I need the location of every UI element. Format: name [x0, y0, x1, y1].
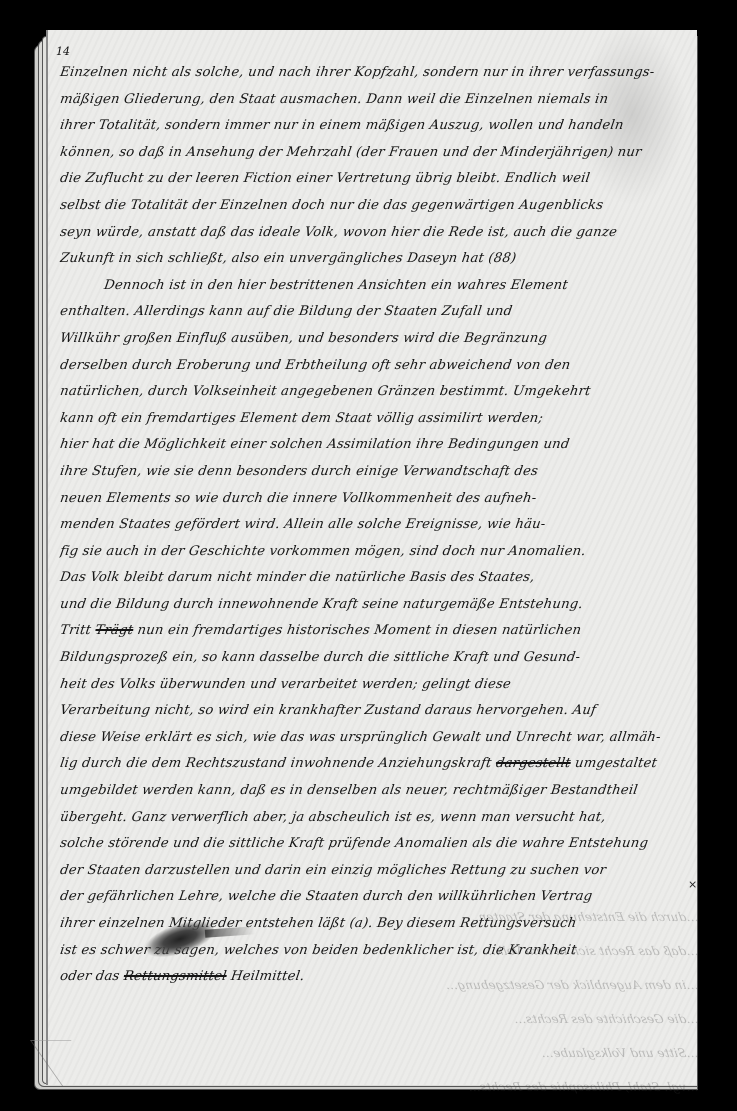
manuscript-line: Einzelnen nicht als solche, und nach ihr… — [58, 60, 702, 87]
manuscript-line: enthalten. Allerdings kann auf die Bildu… — [58, 299, 702, 326]
manuscript-line: Willkühr großen Einfluß ausüben, und bes… — [58, 326, 702, 353]
manuscript-line: ihre Stufen, wie sie denn besonders durc… — [58, 459, 702, 486]
page-number: 14 — [56, 45, 70, 58]
bleed-through-line: …die Geschichte des Rechts… — [105, 1002, 701, 1036]
manuscript-page: 14 Einzelnen nicht als solche, und nach … — [46, 30, 697, 1085]
manuscript-text: Einzelnen nicht als solche, und nach ihr… — [60, 60, 700, 991]
manuscript-line: fig sie auch in der Geschichte vorkommen… — [58, 539, 702, 566]
struck-word: dargestellt — [495, 756, 572, 771]
manuscript-line: natürlichen, durch Volkseinheit angegebe… — [58, 379, 702, 406]
manuscript-line: mäßigen Gliederung, den Staat ausmachen.… — [58, 87, 702, 114]
manuscript-line: und die Bildung durch innewohnende Kraft… — [58, 592, 702, 619]
manuscript-line: die Zuflucht zu der leeren Fiction einer… — [58, 166, 702, 193]
manuscript-line: Bildungsprozeß ein, so kann dasselbe dur… — [58, 645, 702, 672]
manuscript-line: übergeht. Ganz verwerflich aber, ja absc… — [58, 805, 702, 832]
manuscript-line: Verarbeitung nicht, so wird ein krankhaf… — [58, 698, 702, 725]
margin-cross-mark: × — [688, 878, 697, 891]
manuscript-line: heit des Volks überwunden und verarbeite… — [58, 672, 702, 699]
manuscript-line: umgebildet werden kann, daß es in densel… — [58, 778, 702, 805]
bleed-through-line: …vgl. Stahl, Philosophie des Rechts… — [105, 1070, 701, 1104]
manuscript-line: menden Staates gefördert wird. Allein al… — [58, 512, 702, 539]
manuscript-line: kann oft ein fremdartiges Element dem St… — [58, 406, 702, 433]
manuscript-line: solche störende und die sittliche Kraft … — [58, 831, 702, 858]
bleed-through-line: …in dem Augenblick der Gesetzgebung… — [105, 968, 701, 1002]
manuscript-line: seyn würde, anstatt daß das ideale Volk,… — [58, 220, 702, 247]
manuscript-line: diese Weise erklärt es sich, wie das was… — [58, 725, 702, 752]
manuscript-line: der Staaten darzustellen und darin ein e… — [58, 858, 702, 885]
manuscript-line: selbst die Totalität der Einzelnen doch … — [58, 193, 702, 220]
manuscript-line: derselben durch Eroberung und Erbtheilun… — [58, 353, 702, 380]
manuscript-line: Dennoch ist in den hier bestrittenen Ans… — [58, 273, 702, 300]
manuscript-line: Das Volk bleibt darum nicht minder die n… — [58, 565, 702, 592]
bleed-through-line: …Sitte und Volksglaube… — [105, 1036, 701, 1070]
manuscript-line: ihrer Totalität, sondern immer nur in ei… — [58, 113, 702, 140]
manuscript-line: hier hat die Möglichkeit einer solchen A… — [58, 432, 702, 459]
manuscript-line: lig durch die dem Rechtszustand inwohnen… — [58, 751, 702, 778]
struck-word: Trägt — [94, 623, 134, 638]
manuscript-line: neuen Elements so wie durch die innere V… — [58, 486, 702, 513]
manuscript-line: Tritt Trägt nun ein fremdartiges histori… — [58, 618, 702, 645]
manuscript-line: können, so daß in Ansehung der Mehrzahl … — [58, 140, 702, 167]
manuscript-line: Zukunft in sich schließt, also ein unver… — [58, 246, 702, 273]
